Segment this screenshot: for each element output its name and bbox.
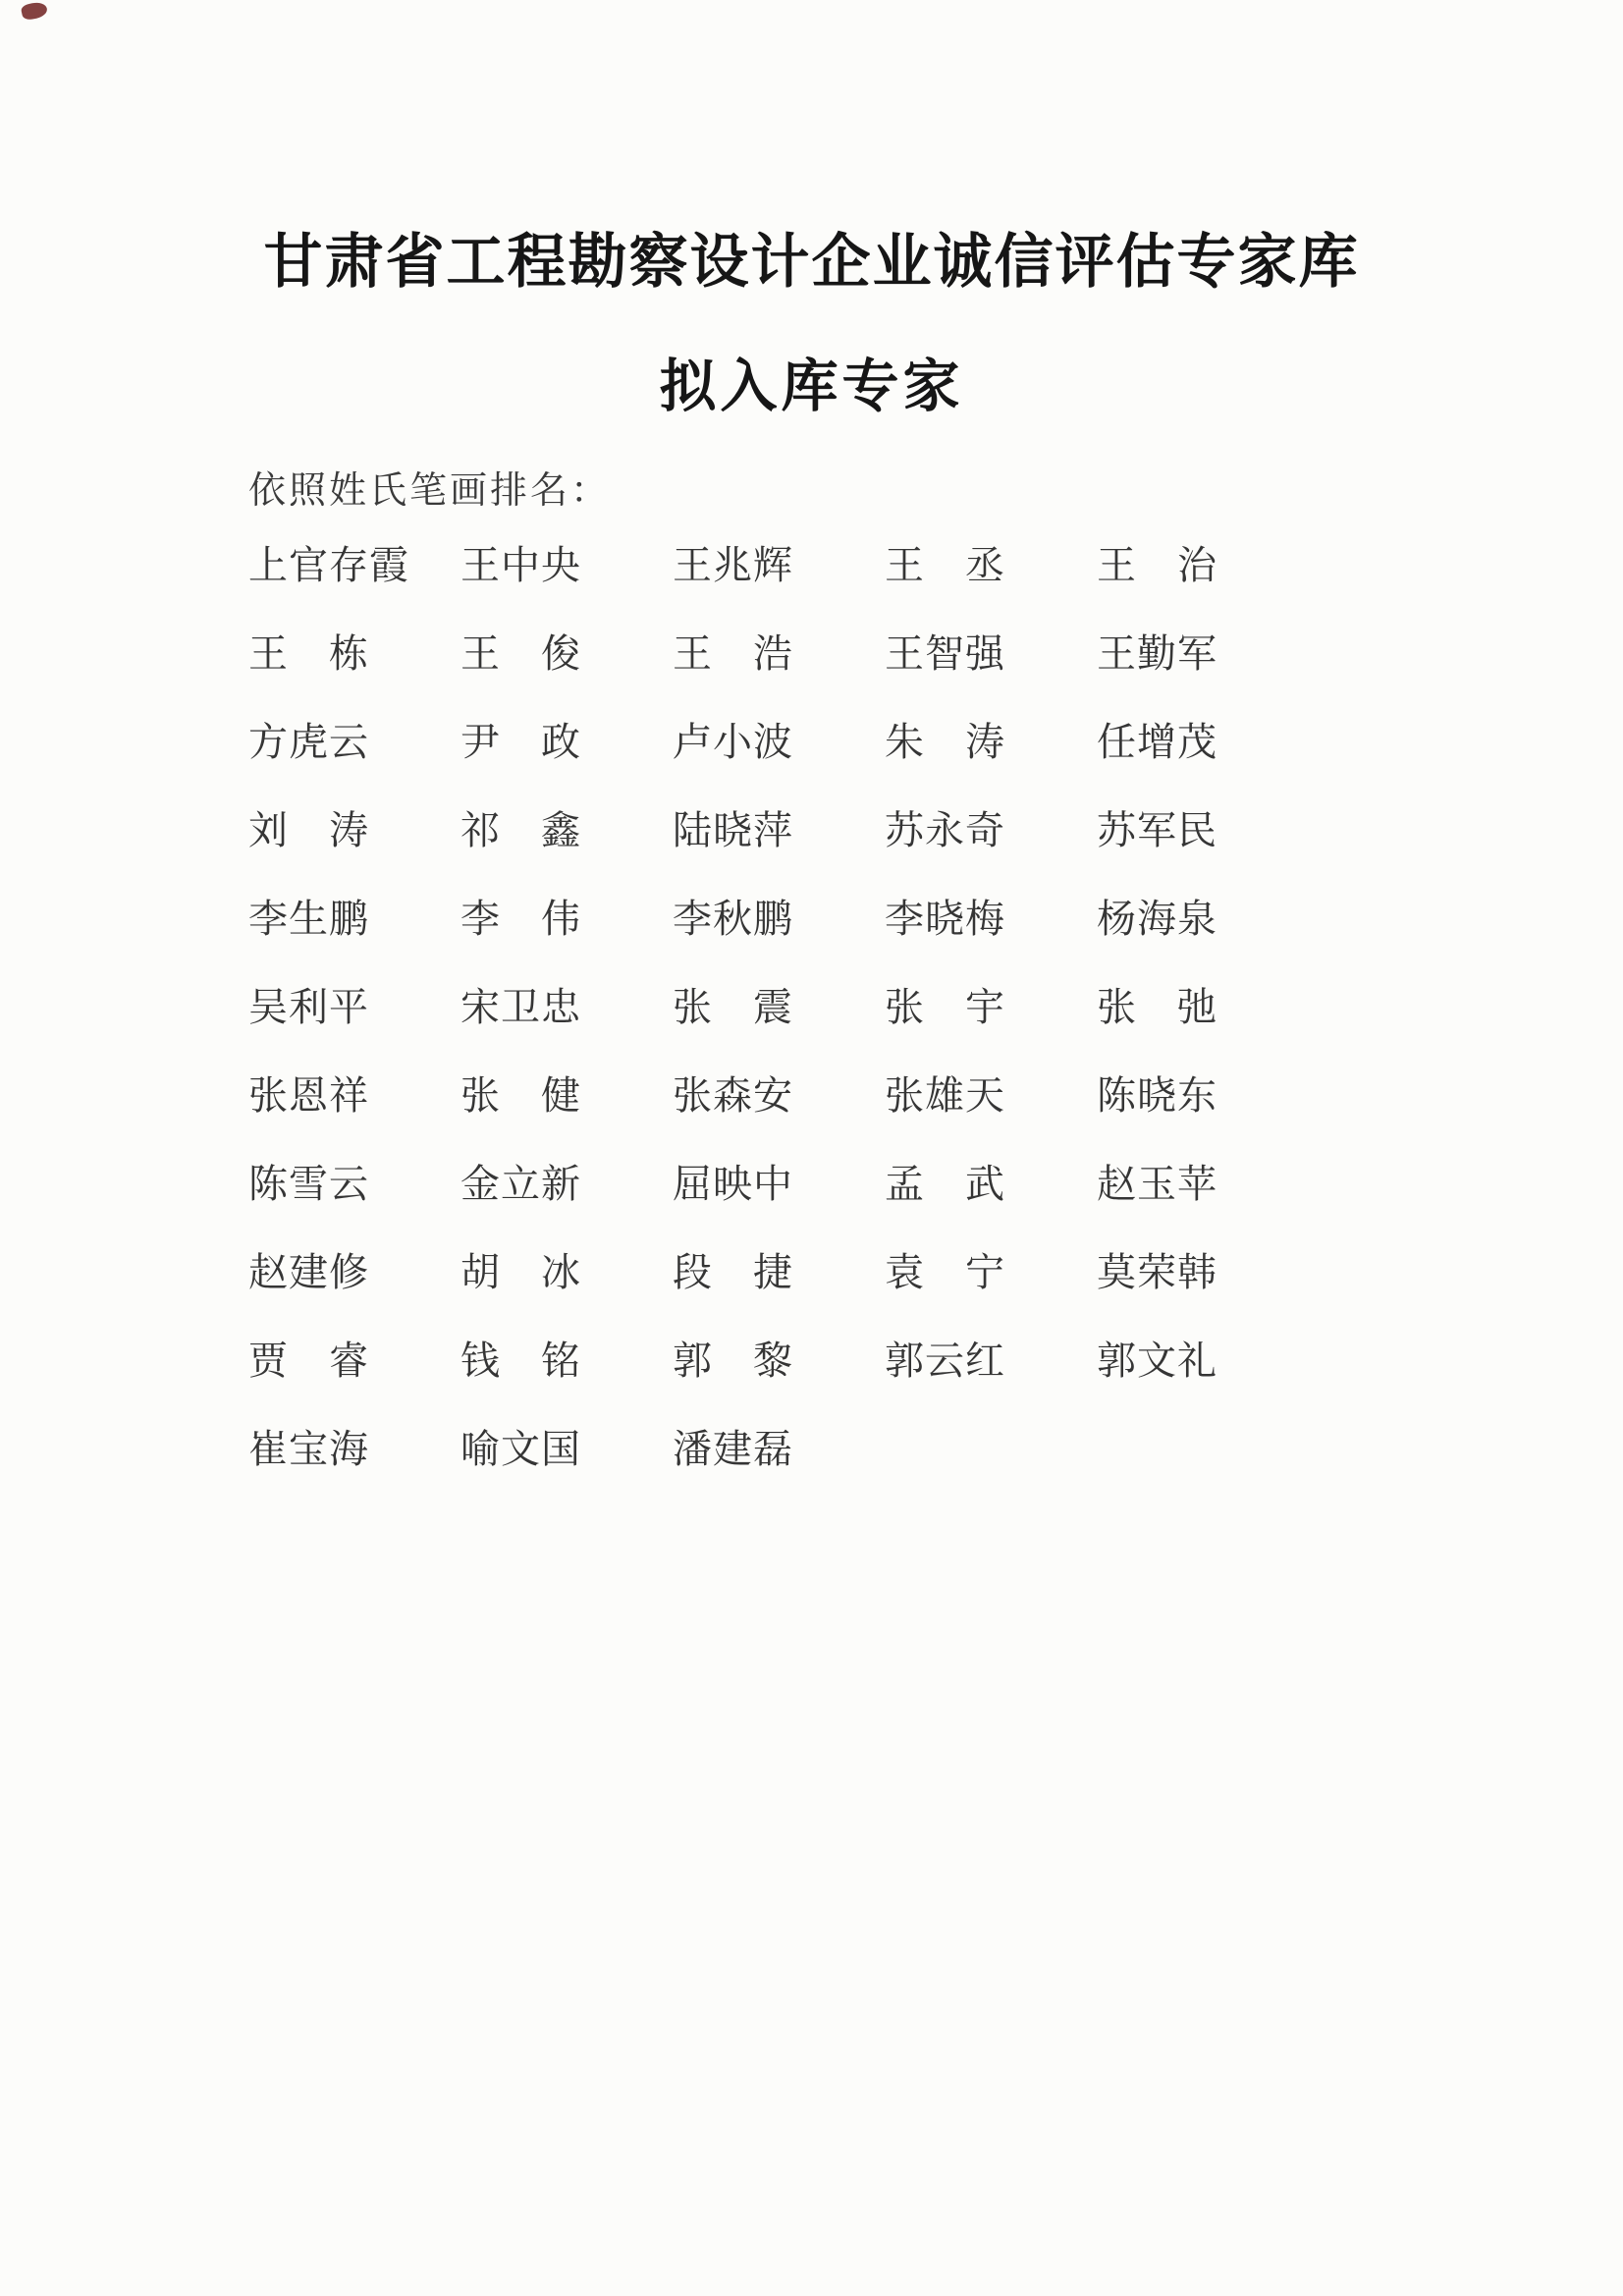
expert-name: 尹 政	[460, 717, 673, 768]
expert-name: 李生鹏	[248, 894, 460, 945]
expert-name: 上官存霞	[248, 540, 460, 591]
expert-name: 王 栋	[248, 629, 460, 680]
expert-name: 刘 涛	[248, 805, 460, 856]
expert-name: 崔宝海	[248, 1424, 460, 1475]
name-row: 吴利平宋卫忠张 震张 宇张 弛	[248, 982, 1623, 1070]
name-row: 崔宝海喻文国潘建磊	[248, 1424, 1623, 1512]
name-row: 陈雪云金立新屈映中孟 武赵玉苹	[248, 1159, 1623, 1247]
expert-name: 朱 涛	[885, 717, 1097, 768]
document-title: 甘肃省工程勘察设计企业诚信评估专家库	[0, 0, 1623, 301]
expert-name: 郭 黎	[673, 1336, 885, 1387]
expert-name: 王 浩	[673, 629, 885, 680]
document-subtitle: 拟入库专家	[0, 301, 1623, 424]
expert-name: 张 宇	[885, 982, 1097, 1033]
expert-name: 李晓梅	[885, 894, 1097, 945]
expert-name: 苏军民	[1097, 805, 1309, 856]
expert-name: 袁 宁	[885, 1247, 1097, 1298]
name-row: 赵建修胡 冰段 捷袁 宁莫荣韩	[248, 1247, 1623, 1336]
expert-name: 祁 鑫	[460, 805, 673, 856]
expert-name: 宋卫忠	[460, 982, 673, 1033]
expert-name: 张森安	[673, 1070, 885, 1121]
expert-name: 任增茂	[1097, 717, 1309, 768]
expert-name: 陈晓东	[1097, 1070, 1309, 1121]
expert-name: 张 健	[460, 1070, 673, 1121]
expert-name: 方虎云	[248, 717, 460, 768]
expert-name: 李 伟	[460, 894, 673, 945]
expert-name: 吴利平	[248, 982, 460, 1033]
expert-name: 王勤军	[1097, 629, 1309, 680]
expert-name: 张雄天	[885, 1070, 1097, 1121]
sort-order-note: 依照姓氏笔画排名：	[0, 424, 1623, 517]
expert-name: 卢小波	[673, 717, 885, 768]
expert-name: 杨海泉	[1097, 894, 1309, 945]
expert-name: 苏永奇	[885, 805, 1097, 856]
expert-name: 王智强	[885, 629, 1097, 680]
expert-name: 孟 武	[885, 1159, 1097, 1210]
expert-name: 王 俊	[460, 629, 673, 680]
expert-name: 张 震	[673, 982, 885, 1033]
expert-name: 张恩祥	[248, 1070, 460, 1121]
expert-name: 王兆辉	[673, 540, 885, 591]
expert-name: 胡 冰	[460, 1247, 673, 1298]
expert-name-grid: 上官存霞王中央王兆辉王 丞王 治王 栋王 俊王 浩王智强王勤军方虎云尹 政卢小波…	[0, 517, 1623, 1512]
expert-name: 段 捷	[673, 1247, 885, 1298]
expert-name: 赵建修	[248, 1247, 460, 1298]
expert-name: 郭云红	[885, 1336, 1097, 1387]
expert-name: 郭文礼	[1097, 1336, 1309, 1387]
document-page: 甘肃省工程勘察设计企业诚信评估专家库 拟入库专家 依照姓氏笔画排名： 上官存霞王…	[0, 0, 1623, 2296]
expert-name: 李秋鹏	[673, 894, 885, 945]
expert-name: 张 弛	[1097, 982, 1309, 1033]
expert-name: 王中央	[460, 540, 673, 591]
expert-name: 陈雪云	[248, 1159, 460, 1210]
expert-name: 钱 铭	[460, 1336, 673, 1387]
name-row: 刘 涛祁 鑫陆晓萍苏永奇苏军民	[248, 805, 1623, 894]
expert-name: 赵玉苹	[1097, 1159, 1309, 1210]
expert-name: 潘建磊	[673, 1424, 885, 1475]
name-row: 李生鹏李 伟李秋鹏李晓梅杨海泉	[248, 894, 1623, 982]
name-row: 方虎云尹 政卢小波朱 涛任增茂	[248, 717, 1623, 805]
name-row: 上官存霞王中央王兆辉王 丞王 治	[248, 540, 1623, 629]
expert-name: 喻文国	[460, 1424, 673, 1475]
expert-name: 莫荣韩	[1097, 1247, 1309, 1298]
expert-name: 金立新	[460, 1159, 673, 1210]
expert-name: 贾 睿	[248, 1336, 460, 1387]
expert-name: 屈映中	[673, 1159, 885, 1210]
name-row: 张恩祥张 健张森安张雄天陈晓东	[248, 1070, 1623, 1159]
name-row: 王 栋王 俊王 浩王智强王勤军	[248, 629, 1623, 717]
expert-name: 王 丞	[885, 540, 1097, 591]
expert-name: 陆晓萍	[673, 805, 885, 856]
expert-name: 王 治	[1097, 540, 1309, 591]
name-row: 贾 睿钱 铭郭 黎郭云红郭文礼	[248, 1336, 1623, 1424]
